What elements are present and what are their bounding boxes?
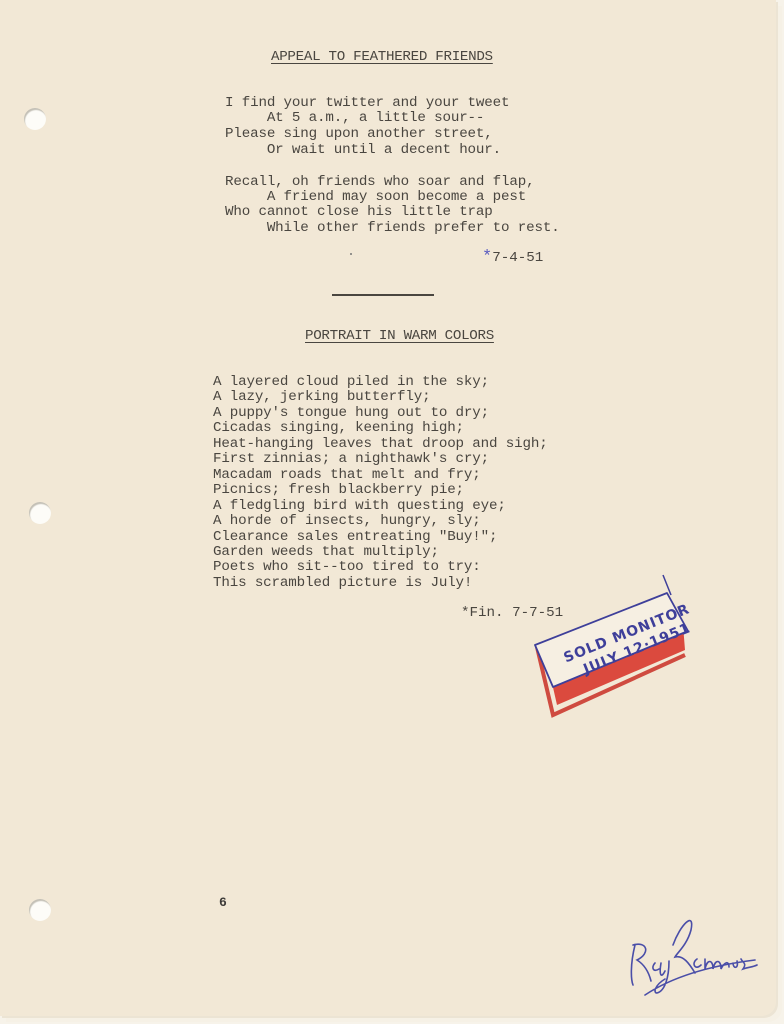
poem-line: Clearance sales entreating "Buy!";	[213, 529, 497, 545]
poem-line: Garden weeds that multiply;	[213, 544, 439, 560]
poem-line: I find your twitter and your tweet	[225, 95, 509, 111]
poem-line: Macadam roads that melt and fry;	[213, 467, 481, 483]
binder-hole	[29, 502, 51, 524]
poem-line: A friend may soon become a pest	[225, 189, 526, 205]
poem-line: While other friends prefer to rest.	[225, 220, 560, 236]
signature-ink	[631, 921, 757, 995]
poem-title: APPEAL TO FEATHERED FRIENDS	[271, 49, 493, 65]
poem-line: Who cannot close his little trap	[225, 204, 493, 220]
binder-hole	[29, 899, 51, 921]
poem-line: Recall, oh friends who soar and flap,	[225, 174, 534, 190]
poem-title: PORTRAIT IN WARM COLORS	[305, 328, 494, 344]
poem-line: A lazy, jerking butterfly;	[213, 389, 430, 405]
ink-speck	[350, 253, 352, 255]
asterisk-mark: *	[482, 248, 492, 267]
poem-line: A puppy's tongue hung out to dry;	[213, 405, 489, 421]
section-divider	[332, 294, 434, 296]
signature: Ray Romine	[625, 905, 765, 995]
poem-line: Poets who sit--too tired to try:	[213, 559, 481, 575]
poem-line: A layered cloud piled in the sky;	[213, 374, 489, 390]
poem-line: Heat-hanging leaves that droop and sigh;	[213, 436, 548, 452]
poem-line: A horde of insects, hungry, sly;	[213, 513, 481, 529]
binder-hole	[24, 108, 46, 130]
page-number: 6	[219, 895, 227, 910]
poem-line: A fledgling bird with questing eye;	[213, 498, 506, 514]
poem-line: Cicadas singing, keening high;	[213, 420, 464, 436]
poem-line: This scrambled picture is July!	[213, 575, 472, 591]
typed-manuscript-page: APPEAL TO FEATHERED FRIENDS I find your …	[0, 0, 776, 1016]
poem-line: At 5 a.m., a little sour--	[225, 110, 484, 126]
poem-line: Picnics; fresh blackberry pie;	[213, 482, 464, 498]
poem-date: *7-4-51	[482, 248, 543, 267]
poem-line: Please sing upon another street,	[225, 126, 493, 142]
poem-line: Or wait until a decent hour.	[225, 142, 501, 158]
sold-annotation-banner: SOLD MONITOR JULY 12·1951	[525, 565, 705, 725]
poem-line: First zinnias; a nighthawk's cry;	[213, 451, 489, 467]
